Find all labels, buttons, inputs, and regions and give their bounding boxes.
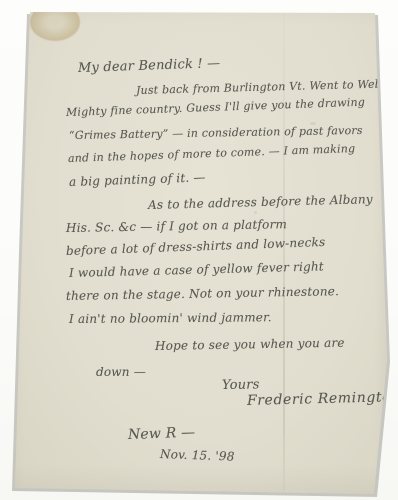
- letter-paper: My dear Bendick ! — Just back from Burli…: [0, 0, 398, 500]
- valediction: Yours: [222, 378, 260, 393]
- letter-line: there on the stage. Not on your rhinesto…: [66, 285, 339, 303]
- letter-line: down —: [96, 366, 146, 379]
- letter-line: His. Sc. &c — if I got on a platform: [66, 218, 287, 235]
- signature: Frederic Remington: [247, 390, 398, 409]
- letter-line: Hope to see you when you are: [155, 337, 345, 353]
- letter-line: before a lot of dress-shirts and low-nec…: [66, 236, 326, 258]
- paper-speck: [254, 211, 257, 214]
- letter-line: I would have a case of yellow fever righ…: [69, 260, 324, 280]
- letter-line: Just back from Burlington Vt. Went to We…: [136, 78, 398, 97]
- date-line: Nov. 15. '98: [160, 448, 235, 464]
- stain-mark: [30, 3, 80, 41]
- letter-line: Mighty fine country. Guess I'll give you…: [66, 97, 365, 120]
- letter-line: “Grimes Battery” — in consideration of p…: [69, 125, 363, 142]
- letter-line: As to the address before the Albany: [148, 193, 373, 212]
- letter-line: and in the hopes of more to come. — I am…: [68, 143, 356, 165]
- photo-backdrop: My dear Bendick ! — Just back from Burli…: [0, 0, 398, 500]
- letter-line: a big painting of it. —: [69, 171, 206, 189]
- place-line: New R —: [128, 426, 196, 444]
- letter-line: I ain't no bloomin' wind jammer.: [69, 311, 272, 326]
- salutation: My dear Bendick ! —: [78, 57, 221, 76]
